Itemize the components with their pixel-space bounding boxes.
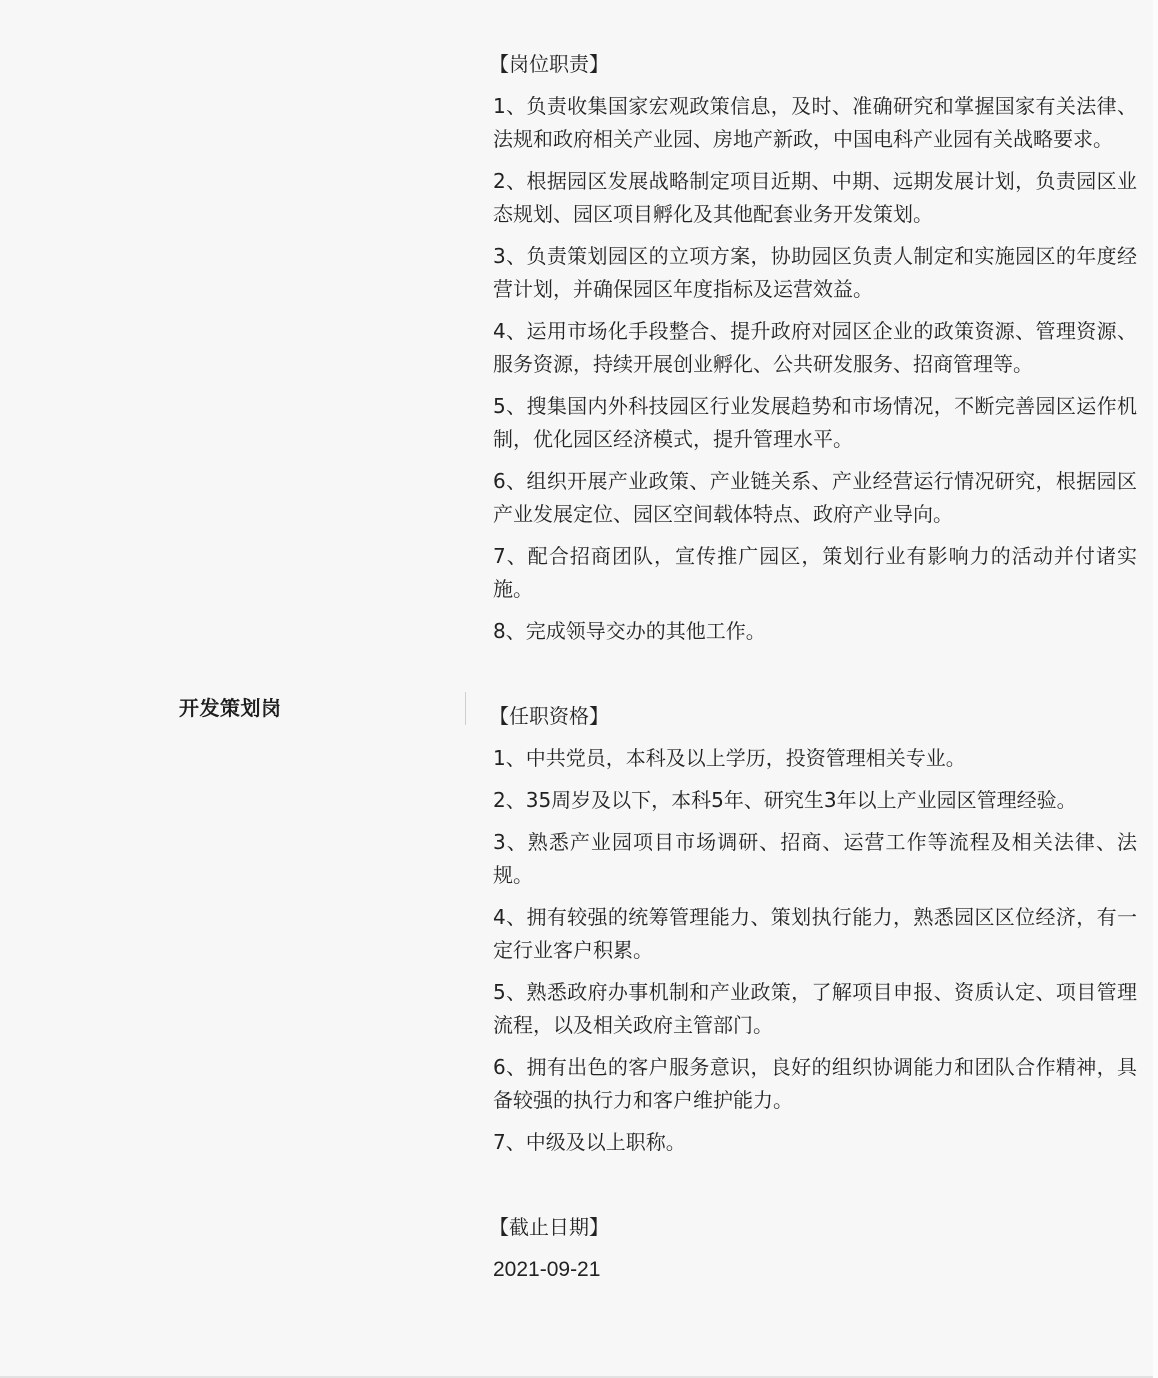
duty-item: 8、完成领导交办的其他工作。 <box>493 615 1137 648</box>
job-title: 开发策划岗 <box>179 693 282 723</box>
duty-item: 2、根据园区发展战略制定项目近期、中期、远期发展计划，负责园区业态规划、园区项目… <box>493 165 1137 231</box>
section-spacer <box>493 1159 1137 1211</box>
deadline-date: 2021-09-21 <box>493 1253 1137 1286</box>
qualification-item: 7、中级及以上职称。 <box>493 1126 1137 1159</box>
job-table-row: 开发策划岗 【岗位职责】 1、负责收集国家宏观政策信息，及时、准确研究和掌握国家… <box>0 0 1153 1376</box>
duty-item: 4、运用市场化手段整合、提升政府对园区企业的政策资源、管理资源、服务资源，持续开… <box>493 315 1137 381</box>
qualifications-heading: 【任职资格】 <box>489 700 1137 733</box>
column-divider <box>465 692 466 725</box>
qualification-item: 1、中共党员，本科及以上学历，投资管理相关专业。 <box>493 742 1137 775</box>
duty-item: 1、负责收集国家宏观政策信息，及时、准确研究和掌握国家有关法律、法规和政府相关产… <box>493 90 1137 156</box>
job-description: 【岗位职责】 1、负责收集国家宏观政策信息，及时、准确研究和掌握国家有关法律、法… <box>493 48 1137 1286</box>
page-edge <box>1153 0 1158 1378</box>
qualification-item: 2、35周岁及以下，本科5年、研究生3年以上产业园区管理经验。 <box>493 784 1137 817</box>
qualification-item: 4、拥有较强的统筹管理能力、策划执行能力，熟悉园区区位经济，有一定行业客户积累。 <box>493 901 1137 967</box>
qualification-item: 3、熟悉产业园项目市场调研、招商、运营工作等流程及相关法律、法规。 <box>493 826 1137 892</box>
duty-item: 5、搜集国内外科技园区行业发展趋势和市场情况，不断完善园区运作机制，优化园区经济… <box>493 390 1137 456</box>
duty-item: 3、负责策划园区的立项方案，协助园区负责人制定和实施园区的年度经营计划，并确保园… <box>493 240 1137 306</box>
duties-heading: 【岗位职责】 <box>489 48 1137 81</box>
job-posting-page: 开发策划岗 【岗位职责】 1、负责收集国家宏观政策信息，及时、准确研究和掌握国家… <box>0 0 1153 1378</box>
section-spacer <box>493 648 1137 700</box>
qualification-item: 5、熟悉政府办事机制和产业政策，了解项目申报、资质认定、项目管理流程，以及相关政… <box>493 976 1137 1042</box>
duty-item: 6、组织开展产业政策、产业链关系、产业经营运行情况研究，根据园区产业发展定位、园… <box>493 465 1137 531</box>
duty-item: 7、配合招商团队，宣传推广园区，策划行业有影响力的活动并付诸实施。 <box>493 540 1137 606</box>
deadline-heading: 【截止日期】 <box>489 1211 1137 1244</box>
qualification-item: 6、拥有出色的客户服务意识，良好的组织协调能力和团队合作精神，具备较强的执行力和… <box>493 1051 1137 1117</box>
